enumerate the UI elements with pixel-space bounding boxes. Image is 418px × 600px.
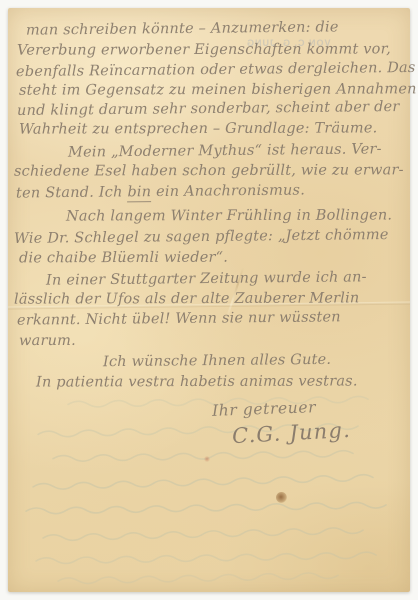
handwriting-line-12: die chaibe Blüemli wieder“. bbox=[19, 249, 228, 268]
handwriting-line-9: ten Stand. Ich bin ein Anachronismus. bbox=[16, 181, 305, 202]
handwriting-line-16: warum. bbox=[19, 332, 76, 350]
handwriting-line-4: steht im Gegensatz zu meinen bisherigen … bbox=[19, 80, 417, 99]
handwriting-line-18: In patientia vestra habetis animas vestr… bbox=[36, 372, 358, 391]
handwriting-line-17: Ich wünsche Ihnen alles Gute. bbox=[103, 351, 331, 371]
handwriting-line-13: In einer Stuttgarter Zeitung wurde ich a… bbox=[46, 268, 367, 289]
signature: C.G. Jung. bbox=[232, 421, 352, 445]
handwriting-line-8: schiedene Esel haben schon gebrüllt, wie… bbox=[14, 161, 404, 180]
handwriting-line-15: erkannt. Nicht übel! Wenn sie nur wüsste… bbox=[17, 308, 341, 329]
underlined-word: bin bbox=[127, 184, 151, 202]
handwriting-line-10: Nach langem Winter Frühling in Bollingen… bbox=[66, 206, 392, 225]
handwriting-line-11: Wie Dr. Schlegel zu sagen pflegte: „Jetz… bbox=[14, 226, 389, 248]
handwriting-line-5: und klingt darum sehr sonderbar, scheint… bbox=[17, 98, 400, 120]
handwriting-line-1: man schreiben könnte – Anzumerken: die bbox=[26, 18, 339, 39]
handwriting-line-3: ebenfalls Reïncarnation oder etwas dergl… bbox=[16, 59, 416, 81]
letter-paper: VON C. G. JUNG man schreiben könnte – An… bbox=[8, 8, 410, 592]
stain-spot-large bbox=[276, 492, 287, 503]
line-9-post: ein Anachronismus. bbox=[151, 182, 305, 200]
bleed-through-handwriting bbox=[8, 380, 410, 586]
closing-line: Ihr getreuer bbox=[212, 398, 317, 420]
handwriting-line-14: lässlich der Ufos als der alte Zauberer … bbox=[14, 289, 360, 308]
handwriting-line-7: Mein „Moderner Mythus“ ist heraus. Ver- bbox=[68, 140, 382, 161]
stain-spot-small bbox=[204, 456, 210, 462]
line-9-pre: ten Stand. Ich bbox=[16, 184, 128, 201]
handwriting-line-2: Vererbung erworbener Eigenschaften kommt… bbox=[17, 40, 391, 59]
handwriting-line-6: Wahrheit zu entsprechen – Grundlage: Trä… bbox=[19, 119, 377, 138]
